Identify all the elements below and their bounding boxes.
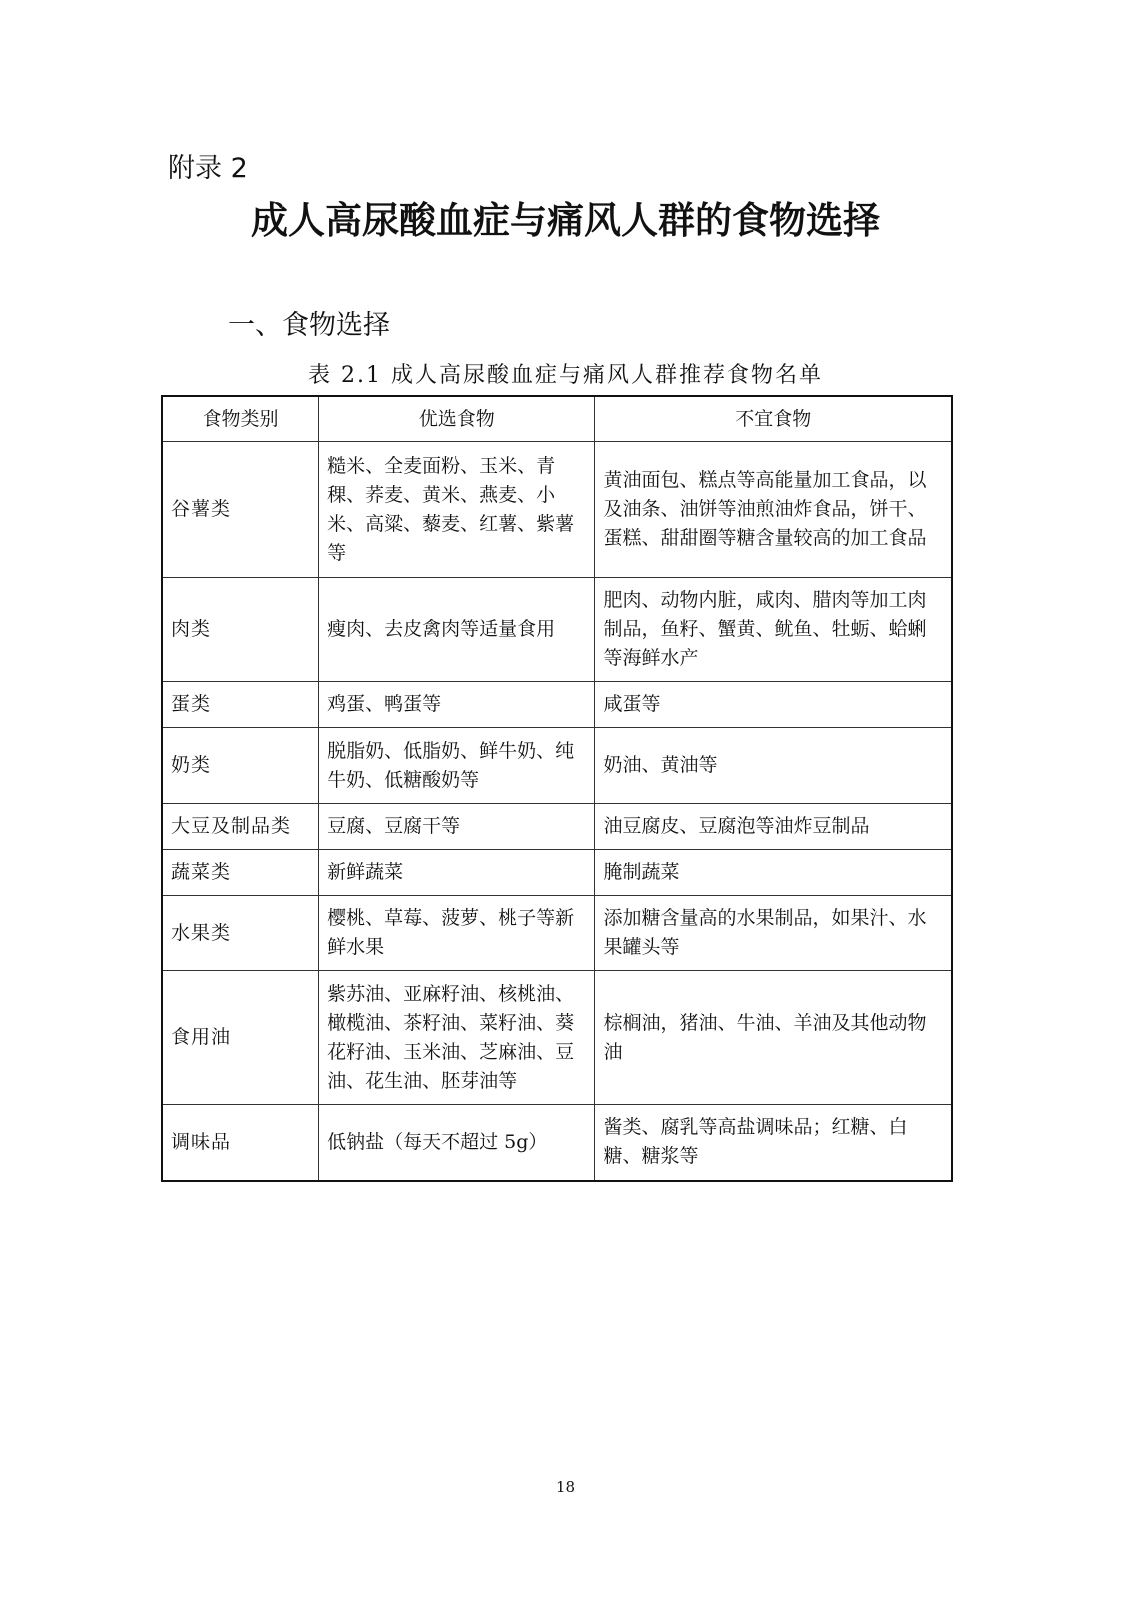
page-title: 成人高尿酸血症与痛风人群的食物选择 [0, 190, 1131, 244]
cell-preferred: 樱桃、草莓、菠萝、桃子等新鲜水果 [319, 896, 595, 971]
header-category: 食物类别 [162, 396, 319, 442]
table-row: 谷薯类糙米、全麦面粉、玉米、青稞、荞麦、黄米、燕麦、小米、高粱、藜麦、红薯、紫薯… [162, 442, 952, 578]
table-row: 蛋类鸡蛋、鸭蛋等咸蛋等 [162, 682, 952, 728]
cell-avoid: 咸蛋等 [595, 682, 952, 728]
table-row: 食用油紫苏油、亚麻籽油、核桃油、橄榄油、茶籽油、菜籽油、葵花籽油、玉米油、芝麻油… [162, 971, 952, 1105]
cell-category: 肉类 [162, 578, 319, 682]
cell-category: 谷薯类 [162, 442, 319, 578]
cell-avoid: 添加糖含量高的水果制品，如果汁、水果罐头等 [595, 896, 952, 971]
cell-preferred: 低钠盐（每天不超过 5g） [319, 1105, 595, 1181]
cell-avoid: 酱类、腐乳等高盐调味品；红糖、白糖、糖浆等 [595, 1105, 952, 1181]
cell-category: 水果类 [162, 896, 319, 971]
table-caption: 表 2.1 成人高尿酸血症与痛风人群推荐食物名单 [0, 358, 1131, 389]
cell-category: 奶类 [162, 728, 319, 804]
cell-category: 大豆及制品类 [162, 804, 319, 850]
cell-preferred: 脱脂奶、低脂奶、鲜牛奶、纯牛奶、低糖酸奶等 [319, 728, 595, 804]
table-row: 水果类樱桃、草莓、菠萝、桃子等新鲜水果添加糖含量高的水果制品，如果汁、水果罐头等 [162, 896, 952, 971]
cell-avoid: 油豆腐皮、豆腐泡等油炸豆制品 [595, 804, 952, 850]
cell-preferred: 豆腐、豆腐干等 [319, 804, 595, 850]
cell-category: 食用油 [162, 971, 319, 1105]
table-row: 蔬菜类新鲜蔬菜腌制蔬菜 [162, 850, 952, 896]
cell-preferred: 瘦肉、去皮禽肉等适量食用 [319, 578, 595, 682]
cell-preferred: 糙米、全麦面粉、玉米、青稞、荞麦、黄米、燕麦、小米、高粱、藜麦、红薯、紫薯等 [319, 442, 595, 578]
table-header-row: 食物类别 优选食物 不宜食物 [162, 396, 952, 442]
cell-avoid: 棕榈油，猪油、牛油、羊油及其他动物油 [595, 971, 952, 1105]
header-avoid: 不宜食物 [595, 396, 952, 442]
cell-category: 调味品 [162, 1105, 319, 1181]
cell-preferred: 紫苏油、亚麻籽油、核桃油、橄榄油、茶籽油、菜籽油、葵花籽油、玉米油、芝麻油、豆油… [319, 971, 595, 1105]
cell-avoid: 黄油面包、糕点等高能量加工食品，以及油条、油饼等油煎油炸食品，饼干、蛋糕、甜甜圈… [595, 442, 952, 578]
cell-category: 蔬菜类 [162, 850, 319, 896]
cell-category: 蛋类 [162, 682, 319, 728]
table-row: 大豆及制品类豆腐、豆腐干等油豆腐皮、豆腐泡等油炸豆制品 [162, 804, 952, 850]
section-heading: 一、食物选择 [228, 303, 390, 342]
cell-avoid: 肥肉、动物内脏，咸肉、腊肉等加工肉制品，鱼籽、蟹黄、鱿鱼、牡蛎、蛤蜊等海鲜水产 [595, 578, 952, 682]
table-row: 肉类瘦肉、去皮禽肉等适量食用肥肉、动物内脏，咸肉、腊肉等加工肉制品，鱼籽、蟹黄、… [162, 578, 952, 682]
cell-preferred: 新鲜蔬菜 [319, 850, 595, 896]
header-preferred: 优选食物 [319, 396, 595, 442]
page-number: 18 [0, 1478, 1131, 1496]
cell-preferred: 鸡蛋、鸭蛋等 [319, 682, 595, 728]
food-table: 食物类别 优选食物 不宜食物 谷薯类糙米、全麦面粉、玉米、青稞、荞麦、黄米、燕麦… [161, 395, 953, 1182]
appendix-label: 附录 2 [168, 146, 248, 185]
table-row: 奶类脱脂奶、低脂奶、鲜牛奶、纯牛奶、低糖酸奶等奶油、黄油等 [162, 728, 952, 804]
table-row: 调味品低钠盐（每天不超过 5g）酱类、腐乳等高盐调味品；红糖、白糖、糖浆等 [162, 1105, 952, 1181]
cell-avoid: 腌制蔬菜 [595, 850, 952, 896]
cell-avoid: 奶油、黄油等 [595, 728, 952, 804]
